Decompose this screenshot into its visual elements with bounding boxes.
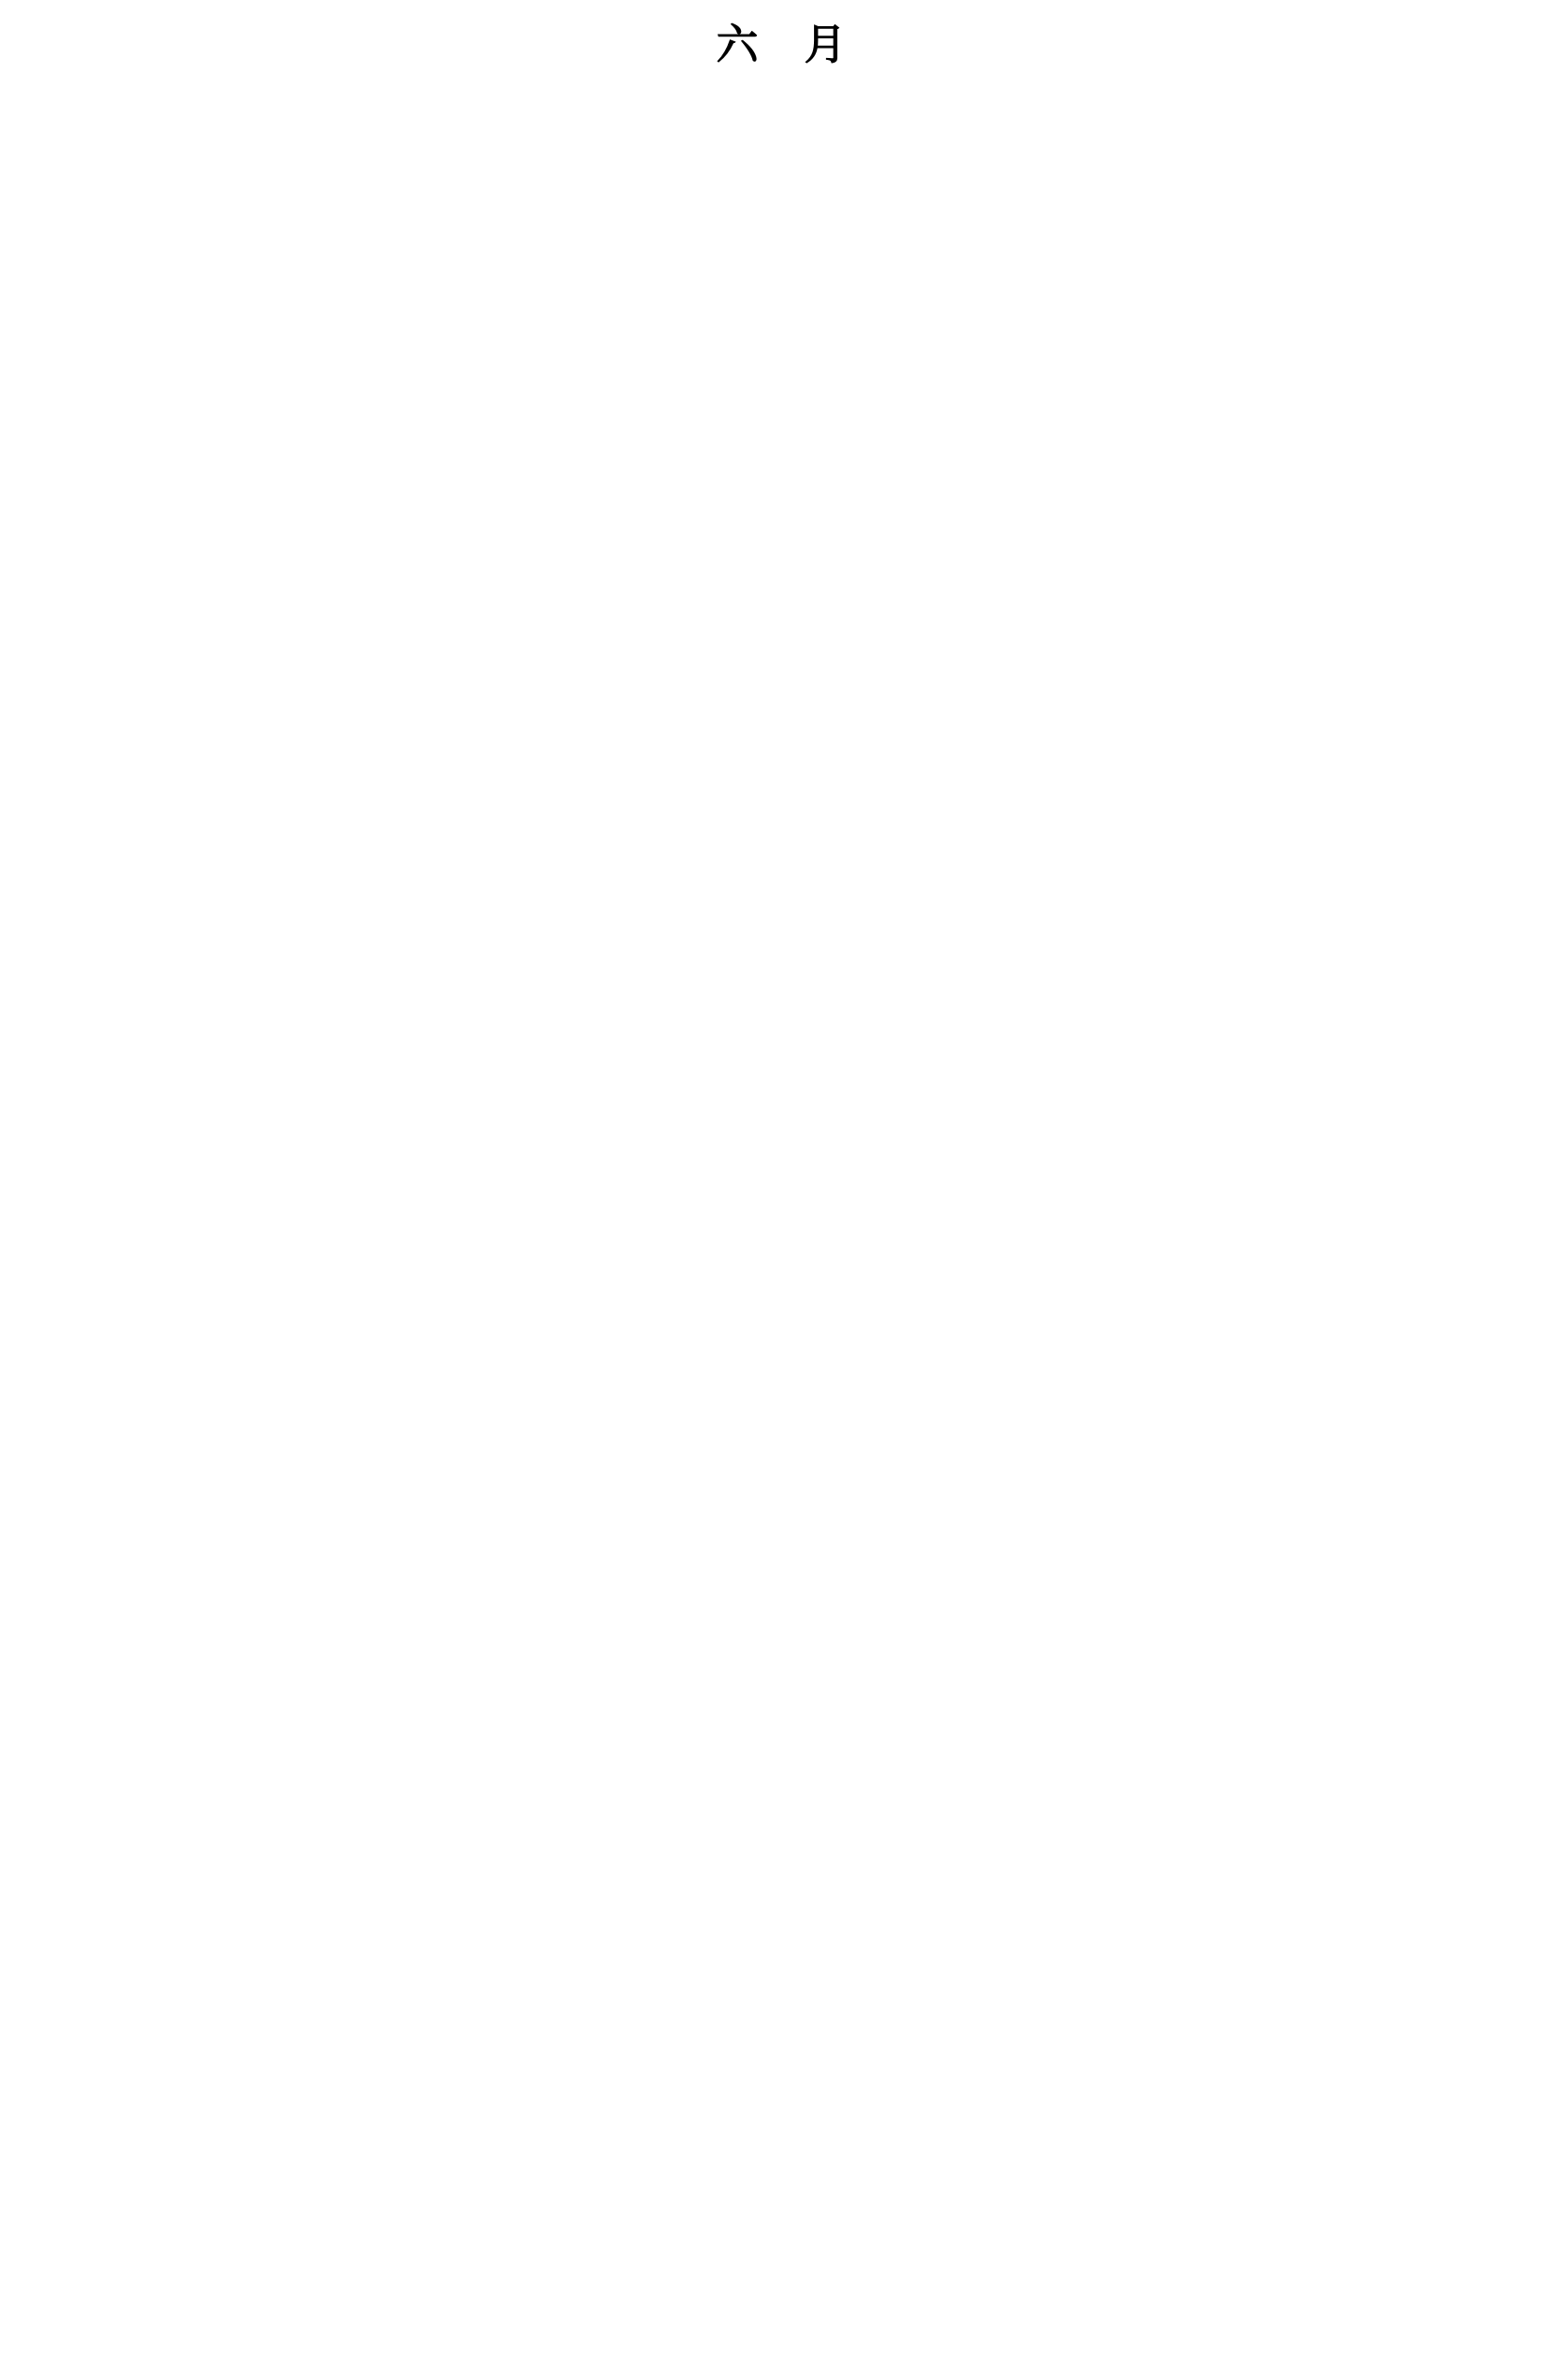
- document-content: 六 月: [0, 0, 1568, 81]
- section-heading-june: 六 月: [7, 9, 1557, 81]
- document-page: 六 月: [0, 0, 1568, 2363]
